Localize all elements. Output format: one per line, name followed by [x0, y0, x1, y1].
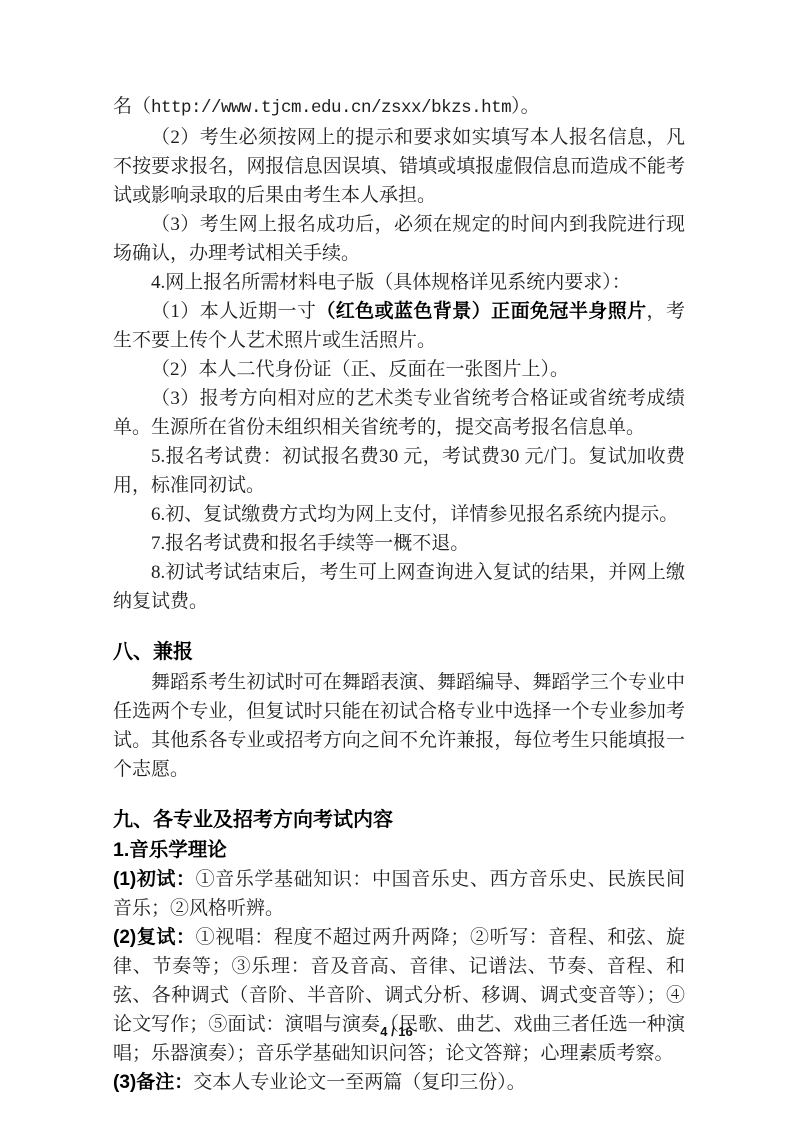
bold-text: (1)初试：: [113, 869, 196, 890]
body-text: （2）考生必须按网上的提示和要求如实填写本人报名信息，凡不按要求报名，网报信息因…: [113, 127, 685, 206]
paragraph: （3）考生网上报名成功后，必须在规定的时间内到我院进行现场确认，办理考试相关手续…: [113, 210, 685, 268]
paragraph: 5.报名考试费：初试报名费30 元，考试费30 元/门。复试加收费用，标准同初试…: [113, 442, 685, 500]
body-text: 名（: [113, 96, 151, 117]
paragraph: 7.报名考试费和报名手续等一概不退。: [113, 529, 685, 558]
paragraph: （2）考生必须按网上的提示和要求如实填写本人报名信息，凡不按要求报名，网报信息因…: [113, 123, 685, 210]
body-text: 7.报名考试费和报名手续等一概不退。: [151, 533, 469, 554]
bold-text: （红色或蓝色背景）正面免冠半身照片: [316, 301, 646, 322]
body-text: 5.报名考试费：初试报名费30 元，考试费30 元/门。复试加收费用，标准同初试…: [113, 446, 685, 496]
paragraph: 舞蹈系考生初试时可在舞蹈表演、舞蹈编导、舞蹈学三个专业中任选两个专业，但复试时只…: [113, 668, 685, 784]
paragraph: （2）本人二代身份证（正、反面在一张图片上）。: [113, 355, 685, 384]
document-page: 名（http://www.tjcm.edu.cn/zsxx/bkzs.htm）。…: [0, 0, 793, 1122]
bold-text: 八、兼报: [113, 641, 193, 663]
body-text: ①音乐学基础知识：中国音乐史、西方音乐史、民族民间音乐；②风格听辨。: [113, 869, 685, 919]
bold-text: 1.音乐学理论: [113, 839, 227, 861]
document-body: 名（http://www.tjcm.edu.cn/zsxx/bkzs.htm）。…: [113, 92, 685, 1097]
bold-text: (3)备注：: [113, 1072, 193, 1093]
bold-text: 九、各专业及招考方向考试内容: [113, 809, 393, 831]
paragraph: 8.初试考试结束后，考生可上网查询进入复试的结果，并网上缴纳复试费。: [113, 558, 685, 616]
paragraph: （1）本人近期一寸（红色或蓝色背景）正面免冠半身照片，考生不要上传个人艺术照片或…: [113, 297, 685, 355]
paragraph: 6.初、复试缴费方式均为网上支付，详情参见报名系统内提示。: [113, 500, 685, 529]
paragraph: 名（http://www.tjcm.edu.cn/zsxx/bkzs.htm）。: [113, 92, 685, 123]
body-text: 舞蹈系考生初试时可在舞蹈表演、舞蹈编导、舞蹈学三个专业中任选两个专业，但复试时只…: [113, 672, 685, 780]
subsection-heading: 1.音乐学理论: [113, 836, 685, 865]
body-text: （1）本人近期一寸: [151, 301, 316, 322]
bold-text: (2)复试：: [113, 927, 196, 948]
body-text: （2）本人二代身份证（正、反面在一张图片上）。: [151, 359, 569, 380]
paragraph: (3)备注：交本人专业论文一至两篇（复印三份）。: [113, 1068, 685, 1097]
paragraph: (2)复试：①视唱：程度不超过两升两降；②听写：音程、和弦、旋律、节奏等；③乐理…: [113, 923, 685, 1068]
paragraph: （3）报考方向相对应的艺术类专业省统考合格证或省统考成绩单。生源所在省份未组织相…: [113, 384, 685, 442]
body-text: （3）报考方向相对应的艺术类专业省统考合格证或省统考成绩单。生源所在省份未组织相…: [113, 388, 685, 438]
url-text: http://www.tjcm.edu.cn/zsxx/bkzs.htm: [151, 98, 511, 118]
body-text: ）。: [511, 96, 540, 117]
body-text: ①视唱：程度不超过两升两降；②听写：音程、和弦、旋律、节奏等；③乐理：音及音高、…: [113, 927, 685, 1064]
section-heading: 八、兼报: [113, 638, 685, 667]
page-number: 4 / 16: [0, 1024, 793, 1039]
body-text: 8.初试考试结束后，考生可上网查询进入复试的结果，并网上缴纳复试费。: [113, 562, 685, 612]
body-text: 4.网上报名所需材料电子版（具体规格详见系统内要求）：: [151, 272, 631, 293]
body-text: 交本人专业论文一至两篇（复印三份）。: [193, 1072, 526, 1093]
paragraph: 4.网上报名所需材料电子版（具体规格详见系统内要求）：: [113, 268, 685, 297]
body-text: （3）考生网上报名成功后，必须在规定的时间内到我院进行现场确认，办理考试相关手续…: [113, 214, 685, 264]
section-heading: 九、各专业及招考方向考试内容: [113, 806, 685, 835]
paragraph: (1)初试：①音乐学基础知识：中国音乐史、西方音乐史、民族民间音乐；②风格听辨。: [113, 865, 685, 923]
body-text: 6.初、复试缴费方式均为网上支付，详情参见报名系统内提示。: [151, 504, 678, 525]
